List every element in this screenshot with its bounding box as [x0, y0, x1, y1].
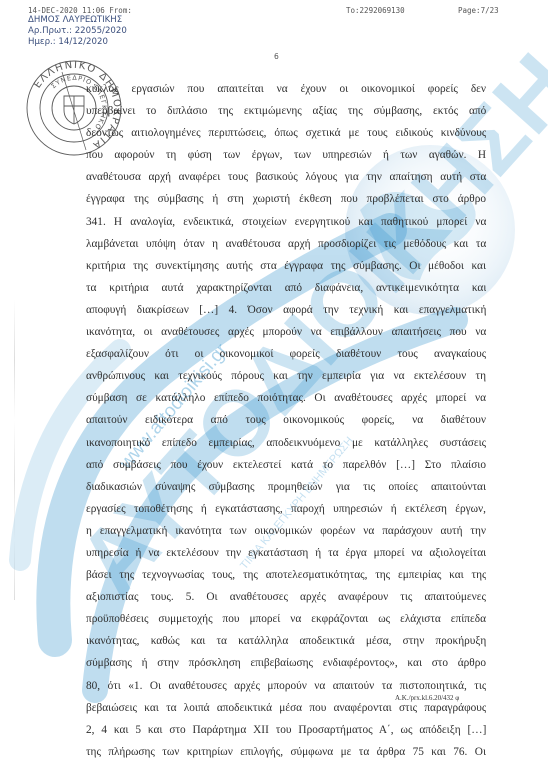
registry-protocol-number: Αρ.Πρωτ.: 22055/2020 [28, 26, 127, 37]
text-line: απαιτούν ειδικότερα από τους οικονομικού… [86, 409, 486, 431]
text-line: που αφορούν τη φύση των έργων, των υπηρε… [86, 144, 486, 166]
registry-date: Ημερ.: 14/12/2020 [28, 37, 127, 48]
text-line: σύμβασης ή στην πρόσκληση επιβεβαίωσης ε… [86, 652, 486, 674]
text-line: βάσει της τεχνογνωσίας τους, της αποτελε… [86, 564, 486, 586]
text-line: διαδικασιών σύναψης σύμβασης προμηθειών … [86, 476, 486, 498]
text-line: 2, 4 και 5 και στο Παράρτημα XII του Προ… [86, 719, 486, 741]
text-line: ικανοποιητικό επίπεδο εμπειρίας, αποδεικ… [86, 432, 486, 454]
footer-reference: Α.Κ./prx.kl.6.20/432 φ [395, 694, 459, 702]
text-line: ικανότητας, καθώς και τα κατάλληλα αποδε… [86, 630, 486, 652]
text-line: ικανότητα, οι αναθέτουσες αρχές μπορούν … [86, 321, 486, 343]
fax-page-counter: Page:7/23 [458, 6, 499, 15]
scan-edge-artifact [14, 300, 15, 600]
text-line: εργασίες τοποθέτησης ή εγκατάστασης, παρ… [86, 498, 486, 520]
text-line: σύμβαση σε κατάλληλο επίπεδο ποιότητας. … [86, 387, 486, 409]
text-line: της πλήρωσης των κριτηρίων επιλογής, σύμ… [86, 741, 486, 763]
text-line: έγγραφα της σύμβασης ή στη χωριστή έκθεσ… [86, 188, 486, 210]
text-line: δεόντως αιτιολογημένες περιπτώσεις, όπως… [86, 122, 486, 144]
fax-date-time: 14-DEC-2020 11:06 From: [28, 6, 132, 15]
text-line: υπηρεσία ή να εκτελέσουν την εγκατάσταση… [86, 542, 486, 564]
text-line: προϋποθέσεις συμμετοχής που μπορεί να εκ… [86, 608, 486, 630]
text-line: εξασφαλίζουν ότι οι οικονομικοί φορείς δ… [86, 343, 486, 365]
text-line: αναθέτουσα αρχή αναφέρει τους βασικούς λ… [86, 166, 486, 188]
document-body: κύκλος εργασιών που απαιτείται να έχουν … [86, 78, 486, 763]
text-line: κριτήρια της συνεκτίμησης αυτής στα έγγρ… [86, 255, 486, 277]
text-line: 341. Η αναλογία, ενδεικτικά, στοιχείων ε… [86, 211, 486, 233]
text-line: αποφυγή διακρίσεων […] 4. Όσον αφορά την… [86, 299, 486, 321]
text-line: η επαγγελματική ικανότητα των οικονομικώ… [86, 520, 486, 542]
text-line: ανθρώπινους και τεχνικούς πόρους και την… [86, 365, 486, 387]
page-number: 6 [274, 52, 279, 61]
registry-stamp: ΔΗΜΟΣ ΛΑΥΡΕΩΤΙΚΗΣ Αρ.Πρωτ.: 22055/2020 Η… [28, 15, 127, 48]
text-line: υπερβαίνει το διπλάσιο της εκτιμώμενης α… [86, 100, 486, 122]
registry-organization: ΔΗΜΟΣ ΛΑΥΡΕΩΤΙΚΗΣ [28, 15, 127, 26]
text-line: αξιοπιστίας τους. 5. Οι αναθέτουσες αρχέ… [86, 586, 486, 608]
text-line: λαμβάνεται υπόψη όταν η αναθέτουσα αρχή … [86, 233, 486, 255]
text-line: κύκλος εργασιών που απαιτείται να έχουν … [86, 78, 486, 100]
text-line: τα κριτήρια αυτά χαρακτηρίζονται από δια… [86, 277, 486, 299]
text-line: από συμβάσεις που έχουν εκτελεστεί κατά … [86, 454, 486, 476]
fax-recipient: To:22920691​30 [346, 6, 405, 15]
